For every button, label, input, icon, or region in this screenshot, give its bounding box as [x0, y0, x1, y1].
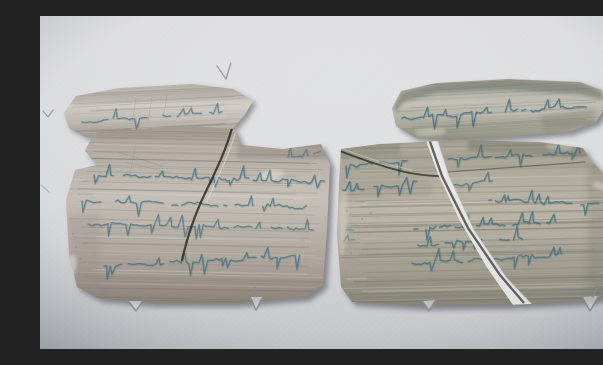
vignette-overlay	[40, 16, 603, 349]
artifact-photo: Photograph of fragmented ancient wooden …	[40, 16, 603, 349]
tablets-photo-canvas	[40, 16, 603, 349]
